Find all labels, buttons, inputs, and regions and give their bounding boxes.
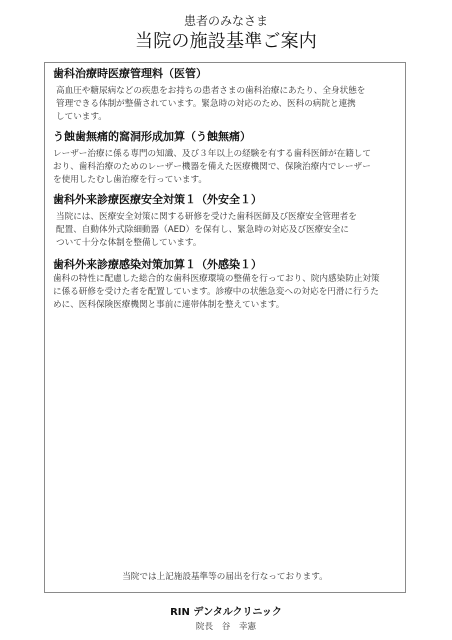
section-heading: 歯科外来診療医療安全対策１（外安全１） — [53, 193, 403, 207]
section-body: レーザー治療に係る専門の知識、及び３年以上の経験を有する歯科医師が在籍して おり… — [53, 148, 403, 187]
section-heading: う蝕歯無痛的窩洞形成加算（う蝕無痛） — [53, 130, 403, 144]
section-painless-caries-treatment: う蝕歯無痛的窩洞形成加算（う蝕無痛） レーザー治療に係る専門の知識、及び３年以上… — [53, 130, 403, 187]
body-line: に係る研修を受けた者を配置しています。診療中の状態急変への対応を円滑に行うた — [53, 286, 403, 299]
body-line: めに、医科保険医療機関と事前に連帯体制を整えています。 — [53, 299, 403, 312]
facility-standards-box: 歯科治療時医療管理料（医管） 高血圧や糖尿病などの疾患をお持ちの患者さまの歯科治… — [44, 62, 406, 593]
footer-note: 当院では上記施設基準等の届出を行なっております。 — [45, 571, 405, 583]
body-line: 管理できる体制が整備されています。緊急時の対応のため、医科の病院と連携 — [56, 98, 403, 111]
section-infection-control: 歯科外来診療感染対策加算１（外感染１） 歯科の特性に配慮した総合的な歯科医療環境… — [53, 258, 403, 312]
section-heading: 歯科外来診療感染対策加算１（外感染１） — [53, 258, 403, 272]
body-line: 高血圧や糖尿病などの疾患をお持ちの患者さまの歯科治療にあたり、全身状態を — [56, 85, 403, 98]
body-line: を使用したむし歯治療を行っています。 — [53, 174, 403, 187]
section-heading: 歯科治療時医療管理料（医管） — [53, 67, 403, 81]
body-line: おり、歯科治療のためのレーザー機器を備えた医療機関で、保険治療内でレーザー — [53, 161, 403, 174]
page-title: 当院の施設基準ご案内 — [0, 31, 452, 53]
section-outpatient-safety: 歯科外来診療医療安全対策１（外安全１） 当院には、医療安全対策に関する研修を受け… — [53, 193, 403, 250]
body-line: ついて十分な体制を整備しています。 — [56, 237, 403, 250]
section-body: 当院には、医療安全対策に関する研修を受けた歯科医師及び医療安全管理者を 配置、自… — [53, 211, 403, 250]
section-dental-medical-management: 歯科治療時医療管理料（医管） 高血圧や糖尿病などの疾患をお持ちの患者さまの歯科治… — [53, 67, 403, 124]
section-body: 歯科の特性に配慮した総合的な歯科医療環境の整備を行っており、院内感染防止対策 に… — [53, 273, 403, 312]
section-body: 高血圧や糖尿病などの疾患をお持ちの患者さまの歯科治療にあたり、全身状態を 管理で… — [53, 85, 403, 124]
body-line: 配置、自動体外式除細動器（AED）を保有し、緊急時の対応及び医療安全に — [56, 224, 403, 237]
clinic-name: RIN デンタルクリニック — [0, 606, 452, 619]
body-line: しています。 — [56, 111, 403, 124]
body-line: 当院には、医療安全対策に関する研修を受けた歯科医師及び医療安全管理者を — [56, 211, 403, 224]
director-name: 院長 谷 幸憲 — [0, 621, 452, 633]
body-line: レーザー治療に係る専門の知識、及び３年以上の経験を有する歯科医師が在籍して — [53, 148, 403, 161]
page-subtitle: 患者のみなさま — [0, 14, 452, 28]
body-line: 歯科の特性に配慮した総合的な歯科医療環境の整備を行っており、院内感染防止対策 — [53, 273, 403, 286]
